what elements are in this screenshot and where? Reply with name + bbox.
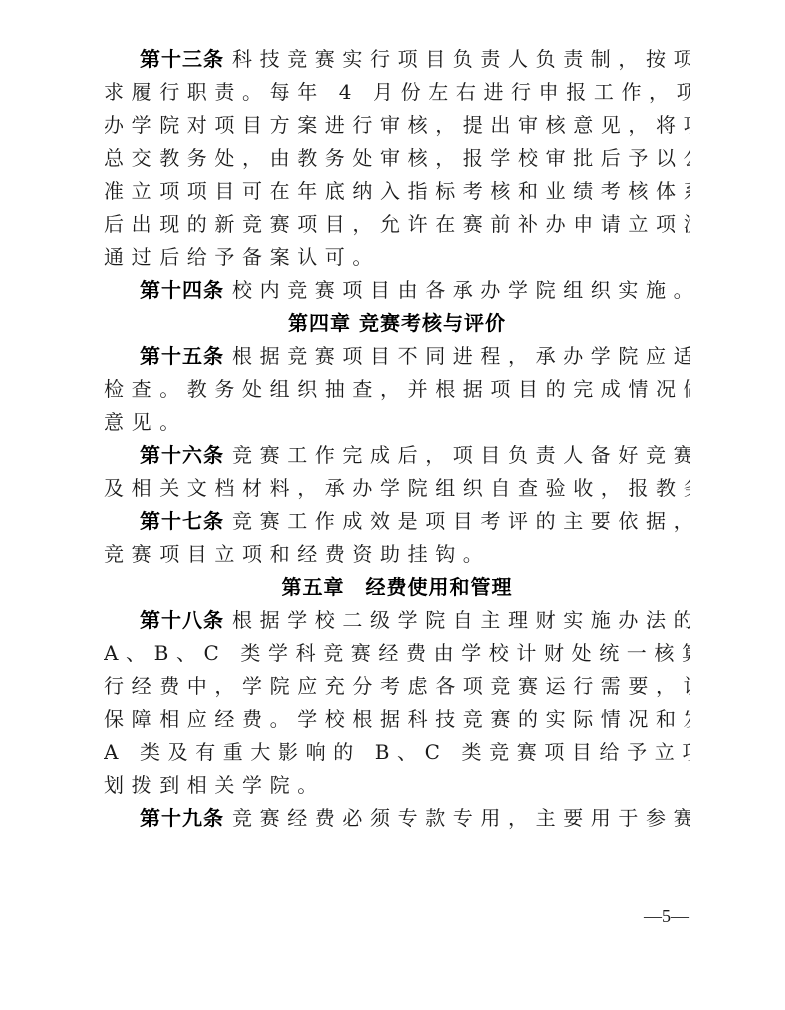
article-line: A、B、C 类学科竞赛经费由学校计财处统一核算至各学院日常运 bbox=[104, 637, 690, 670]
article-line: 后出现的新竞赛项目，允许在赛前补办申请立项流程，学校审核 bbox=[104, 208, 690, 241]
article-line: 竞赛项目立项和经费资助挂钩。 bbox=[104, 538, 690, 571]
article-line: 第十三条科技竞赛实行项目负责人负责制，按项目申报书要 bbox=[104, 43, 690, 76]
article-line: 意见。 bbox=[104, 406, 690, 439]
article-text: 科技竞赛实行项目负责人负责制，按项目申报书要 bbox=[232, 47, 690, 71]
article-label: 第十七条 bbox=[140, 509, 224, 533]
article-label: 第十五条 bbox=[140, 344, 224, 368]
article-16: 第十六条竞赛工作完成后，项目负责人备好竞赛作品、实物 及相关文档材料，承办学院组… bbox=[104, 439, 690, 505]
article-line: 第十四条校内竞赛项目由各承办学院组织实施。 bbox=[104, 274, 690, 307]
article-text: 根据学校二级学院自主理财实施办法的有关规定， bbox=[232, 608, 690, 632]
article-line: 第十九条竞赛经费必须专款专用，主要用于参赛报名费、专 bbox=[104, 802, 690, 835]
chapter-heading-5: 第五章 经费使用和管理 bbox=[104, 571, 690, 604]
article-text: 竞赛经费必须专款专用，主要用于参赛报名费、专 bbox=[232, 806, 690, 830]
article-line: 保障相应经费。学校根据科技竞赛的实际情况和发展需要，可对 bbox=[104, 703, 690, 736]
article-text: 竞赛工作成效是项目考评的主要依据，与下一年度 bbox=[232, 509, 690, 533]
article-line: 办学院对项目方案进行审核，提出审核意见，将项目申报材料汇 bbox=[104, 109, 690, 142]
article-text: 根据竞赛项目不同进程，承办学院应适时开展中期 bbox=[232, 344, 690, 368]
article-line: 准立项项目可在年底纳入指标考核和业绩考核体系。学校立项以 bbox=[104, 175, 690, 208]
article-text: 竞赛工作完成后，项目负责人备好竞赛作品、实物 bbox=[232, 443, 690, 467]
article-17: 第十七条竞赛工作成效是项目考评的主要依据，与下一年度 竞赛项目立项和经费资助挂钩… bbox=[104, 505, 690, 571]
article-line: 行经费中，学院应充分考虑各项竞赛运行需要，认真规划、切实 bbox=[104, 670, 690, 703]
article-line: A 类及有重大影响的 B、C 类竞赛项目给予立项并追加经费，经费 bbox=[104, 736, 690, 769]
article-line: 总交教务处，由教务处审核，报学校审批后予以公布立项，被批 bbox=[104, 142, 690, 175]
article-label: 第十三条 bbox=[140, 47, 224, 71]
article-line: 第十五条根据竞赛项目不同进程，承办学院应适时开展中期 bbox=[104, 340, 690, 373]
article-15: 第十五条根据竞赛项目不同进程，承办学院应适时开展中期 检查。教务处组织抽查，并根… bbox=[104, 340, 690, 439]
article-label: 第十四条 bbox=[140, 278, 224, 302]
article-19: 第十九条竞赛经费必须专款专用，主要用于参赛报名费、专 bbox=[104, 802, 690, 835]
page-number: —5— bbox=[644, 906, 689, 927]
chapter-heading-4: 第四章 竞赛考核与评价 bbox=[104, 307, 690, 340]
article-line: 通过后给予备案认可。 bbox=[104, 241, 690, 274]
document-page: 第十三条科技竞赛实行项目负责人负责制，按项目申报书要 求履行职责。每年 4 月份… bbox=[104, 43, 690, 835]
article-line: 求履行职责。每年 4 月份左右进行申报工作，项目期限 1 年。承 bbox=[104, 76, 690, 109]
article-line: 及相关文档材料，承办学院组织自查验收，报教务处备案。 bbox=[104, 472, 690, 505]
article-label: 第十九条 bbox=[140, 806, 224, 830]
article-label: 第十八条 bbox=[140, 608, 224, 632]
article-line: 第十七条竞赛工作成效是项目考评的主要依据，与下一年度 bbox=[104, 505, 690, 538]
article-line: 第十八条根据学校二级学院自主理财实施办法的有关规定， bbox=[104, 604, 690, 637]
article-line: 检查。教务处组织抽查，并根据项目的完成情况做出相应的处理 bbox=[104, 373, 690, 406]
article-18: 第十八条根据学校二级学院自主理财实施办法的有关规定， A、B、C 类学科竞赛经费… bbox=[104, 604, 690, 802]
article-label: 第十六条 bbox=[140, 443, 224, 467]
article-text: 校内竞赛项目由各承办学院组织实施。 bbox=[232, 278, 690, 302]
article-14: 第十四条校内竞赛项目由各承办学院组织实施。 bbox=[104, 274, 690, 307]
article-13: 第十三条科技竞赛实行项目负责人负责制，按项目申报书要 求履行职责。每年 4 月份… bbox=[104, 43, 690, 274]
article-line: 第十六条竞赛工作完成后，项目负责人备好竞赛作品、实物 bbox=[104, 439, 690, 472]
article-line: 划拨到相关学院。 bbox=[104, 769, 690, 802]
